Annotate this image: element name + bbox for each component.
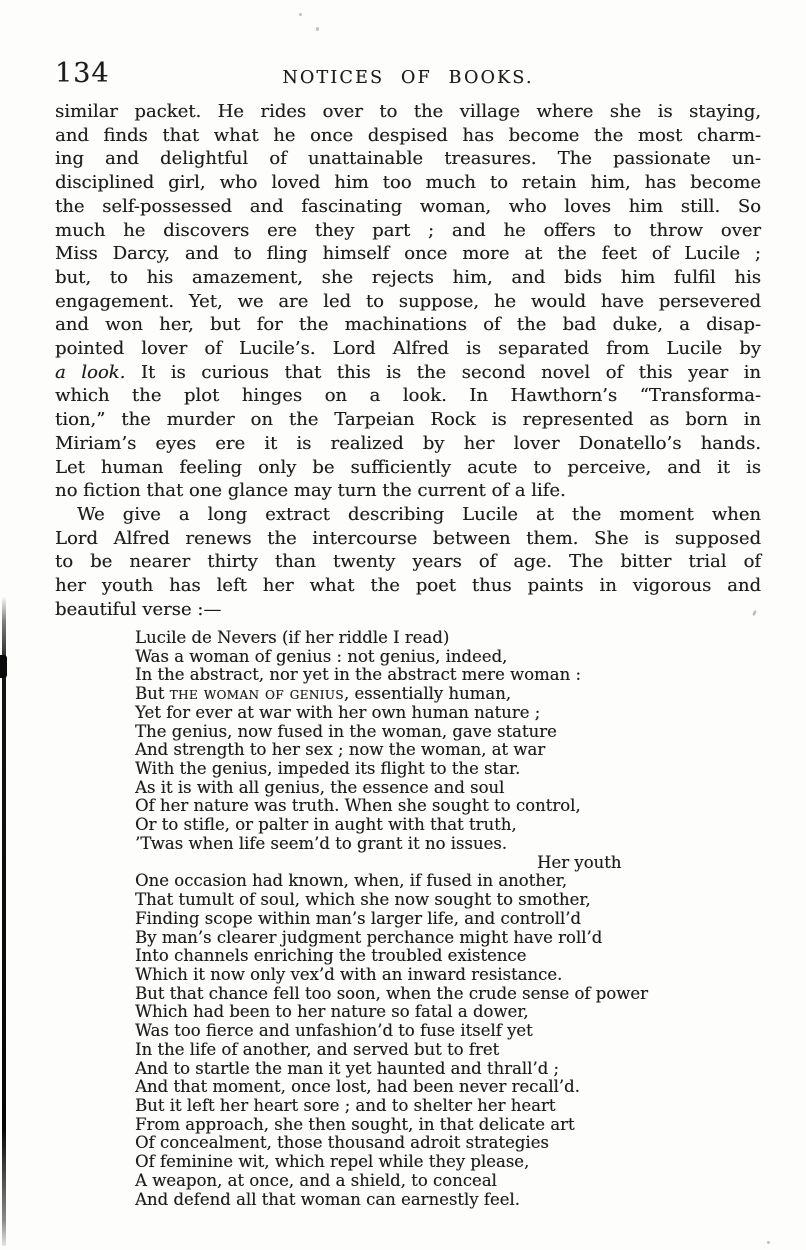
text-line: disciplined girl, who loved him too much…	[55, 171, 761, 195]
text-line: but, to his amazement, she rejects him, …	[55, 266, 761, 290]
text-line: to be nearer thirty than twenty years of…	[55, 550, 761, 574]
poem-lines-c: One occasion had known, when, if fused i…	[135, 872, 745, 1209]
scan-artifact-spine	[2, 596, 6, 1246]
text-line: Miriam’s eyes ere it is realized by her …	[55, 432, 761, 456]
text-line: In the abstract, nor yet in the abstract…	[135, 666, 745, 685]
text-line: Which it now only vex’d with an inward r…	[135, 966, 745, 985]
text-line: ’Twas when life seem’d to grant it no is…	[135, 835, 745, 854]
text-line: And defend all that woman can earnestly …	[135, 1191, 745, 1210]
poem-offset-line: Her youth	[135, 854, 745, 873]
poem-lines-a: Lucile de Nevers (if her riddle I read)W…	[135, 629, 745, 685]
text-line: her youth has left her what the poet thu…	[55, 574, 761, 598]
scan-speck	[316, 27, 319, 31]
text-line: ing and delightful of unattainable treas…	[55, 147, 761, 171]
body-text: similar packet. He rides over to the vil…	[55, 100, 761, 621]
paragraph-2: We give a long extract describing Lucile…	[55, 503, 761, 622]
text-line: From approach, she then sought, in that …	[135, 1116, 745, 1135]
text-line: As it is with all genius, the essence an…	[135, 779, 745, 798]
scan-speck	[299, 13, 302, 16]
text-line: And to startle the man it yet haunted an…	[135, 1060, 745, 1079]
paragraph-1-last-line: no fiction that one glance may turn the …	[55, 479, 761, 503]
text-line: But that chance fell too soon, when the …	[135, 985, 745, 1004]
text-line: Let human feeling only be sufficiently a…	[55, 456, 761, 480]
paragraph-1-lines-a: similar packet. He rides over to the vil…	[55, 100, 761, 361]
text-line: Into channels enriching the troubled exi…	[135, 947, 745, 966]
poem-extract: Lucile de Nevers (if her riddle I read)W…	[135, 629, 745, 1209]
text-line-with-italic: a look. It is curious that this is the s…	[55, 361, 761, 385]
text-line: Of her nature was truth. When she sought…	[135, 797, 745, 816]
text-line: similar packet. He rides over to the vil…	[55, 100, 761, 124]
running-header: NOTICES OF BOOKS.	[55, 68, 761, 88]
paragraph-1: similar packet. He rides over to the vil…	[55, 100, 761, 503]
scan-artifact-blob	[0, 655, 7, 678]
text-line: Finding scope within man’s larger life, …	[135, 910, 745, 929]
text-line: That tumult of soul, which she now sough…	[135, 891, 745, 910]
text-line: and won her, but for the machinations of…	[55, 313, 761, 337]
text-line: With the genius, impeded its flight to t…	[135, 760, 745, 779]
italic-phrase: a look.	[55, 362, 125, 383]
text-line: and finds that what he once despised has…	[55, 124, 761, 148]
text-line: Lucile de Nevers (if her riddle I read)	[135, 629, 745, 648]
text-line: By man’s clearer judgment perchance migh…	[135, 929, 745, 948]
scan-speck	[767, 1241, 770, 1244]
text-line: Of concealment, those thousand adroit st…	[135, 1134, 745, 1153]
line-pre: But	[135, 684, 170, 703]
text-line: which the plot hinges on a look. In Hawt…	[55, 384, 761, 408]
paragraph-2-last-line: beautiful verse :—	[55, 598, 761, 622]
line-post: , essentially human,	[344, 684, 511, 703]
text-line: But it left her heart sore ; and to shel…	[135, 1097, 745, 1116]
text-line: Was a woman of genius : not genius, inde…	[135, 648, 745, 667]
text-line: the self-possessed and fascinating woman…	[55, 195, 761, 219]
text-line: Miss Darcy, and to fling himself once mo…	[55, 242, 761, 266]
text-line: In the life of another, and served but t…	[135, 1041, 745, 1060]
smallcaps-phrase: the woman of genius	[170, 684, 344, 703]
text-line: Lord Alfred renews the intercourse betwe…	[55, 527, 761, 551]
poem-lines-b: Yet for ever at war with her own human n…	[135, 704, 745, 854]
text-line: A weapon, at once, and a shield, to conc…	[135, 1172, 745, 1191]
text-line: much he discovers ere they part ; and he…	[55, 219, 761, 243]
paragraph-2-lines: Lord Alfred renews the intercourse betwe…	[55, 527, 761, 598]
text-line: Or to stifle, or palter in aught with th…	[135, 816, 745, 835]
line-rest: It is curious that this is the second no…	[125, 362, 761, 383]
text-line: pointed lover of Lucile’s. Lord Alfred i…	[55, 337, 761, 361]
text-line: tion,” the murder on the Tarpeian Rock i…	[55, 408, 761, 432]
paragraph-2-first-line: We give a long extract describing Lucile…	[55, 503, 761, 527]
text-line: Which had been to her nature so fatal a …	[135, 1003, 745, 1022]
book-page: 134 NOTICES OF BOOKS. similar packet. He…	[0, 0, 806, 1250]
poem-smallcaps-line: But the woman of genius, essentially hum…	[135, 685, 745, 704]
text-line: Of feminine wit, which repel while they …	[135, 1153, 745, 1172]
text-line: The genius, now fused in the woman, gave…	[135, 723, 745, 742]
text-line: And that moment, once lost, had been nev…	[135, 1078, 745, 1097]
paragraph-1-lines-b: which the plot hinges on a look. In Hawt…	[55, 384, 761, 479]
text-line: And strength to her sex ; now the woman,…	[135, 741, 745, 760]
text-line: engagement. Yet, we are led to suppose, …	[55, 290, 761, 314]
text-line: Was too fierce and unfashion’d to fuse i…	[135, 1022, 745, 1041]
text-line: Yet for ever at war with her own human n…	[135, 704, 745, 723]
text-line: One occasion had known, when, if fused i…	[135, 872, 745, 891]
